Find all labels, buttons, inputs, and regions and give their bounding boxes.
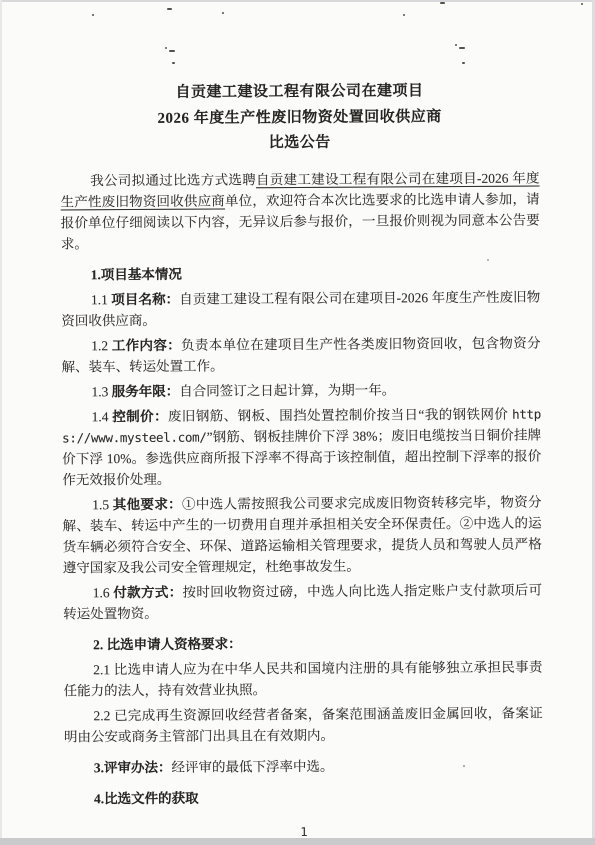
document-body: 自贡建工建设工程有限公司在建项目 2026 年度生产性废旧物资处置回收供应商 比…: [60, 79, 544, 845]
scan-speck: [487, 259, 489, 261]
scanner-edge-top: [0, 0, 595, 2]
scan-speck: [169, 50, 175, 52]
item-1-3-run: 服务年限：: [112, 383, 180, 398]
section-1-heading-run: 1.项目基本情况: [91, 266, 182, 282]
scanner-edge-left: [0, 0, 2, 845]
scan-speck: [165, 47, 167, 49]
scan-speck: [440, 2, 445, 4]
item-1-5-run: 其他要求：: [113, 496, 182, 511]
section-3-run: 经评审的最低下浮率中选。: [171, 758, 333, 774]
item-1-1-run: 1.1: [91, 292, 111, 307]
scanned-page: 自贡建工建设工程有限公司在建项目 2026 年度生产性废旧物资处置回收供应商 比…: [0, 0, 595, 845]
item-1-4-run: 废旧钢筋、钢板、围挡处置控制价按当日“我的钢铁网价: [168, 406, 512, 423]
scan-speck: [462, 62, 465, 64]
item-1-5-run: 1.5: [92, 497, 113, 512]
section-4-heading-run: 4.比选文件的获取: [94, 790, 199, 806]
doc-title-line-1: 自贡建工建设工程有限公司在建项目: [60, 79, 539, 107]
scan-speck: [463, 765, 465, 767]
section-2-heading-run: 2. 比选申请人资格要求：: [93, 636, 242, 652]
doc-title-line-2: 2026 年度生产性废旧物资处置回收供应商: [60, 104, 539, 132]
item-1-4: 1.4 控制价：废旧钢筋、钢板、围挡处置控制价按当日“我的钢铁网价 https:…: [62, 403, 542, 490]
scan-speck: [403, 14, 405, 16]
section-1-heading: 1.项目基本情况: [61, 261, 540, 285]
item-1-6: 1.6 付款方式：按时回收物资过磅，中选人向比选人指定账户支付款项后可转运处置物…: [63, 579, 542, 624]
scanner-edge-bottom: [0, 838, 595, 845]
item-2-1: 2.1 比选申请人应为在中华人民共和国境内注册的具有能够独立承担民事责任能力的法…: [63, 656, 542, 701]
scan-speck: [92, 14, 94, 16]
item-1-2-run: 工作内容：: [112, 337, 181, 352]
item-1-1: 1.1 项目名称：自贡建工建设工程有限公司在建项目-2026 年度生产性废旧物资…: [61, 286, 540, 331]
item-1-1-run: 项目名称：: [111, 291, 179, 306]
section-2-heading: 2. 比选申请人资格要求：: [63, 631, 542, 655]
section-3: 3.评审办法：经评审的最低下浮率中选。: [64, 754, 543, 778]
section-4-heading: 4.比选文件的获取: [64, 785, 543, 809]
item-1-4-run: 1.4: [92, 409, 113, 424]
document-paragraphs: 我公司拟通过比选方式选聘自贡建工建设工程有限公司在建项目-2026 年度生产性废…: [60, 167, 543, 809]
document-title: 自贡建工建设工程有限公司在建项目 2026 年度生产性废旧物资处置回收供应商 比…: [60, 79, 539, 158]
item-1-2-run: 1.2: [91, 338, 112, 353]
item-1-3-run: 自合同签订之日起计算，为期一年。: [179, 382, 395, 398]
item-1-4-run: 控制价：: [112, 408, 168, 423]
section-3-run: 3.评审办法：: [94, 759, 172, 774]
item-1-6-run: 1.6: [93, 585, 114, 600]
item-2-2: 2.2 已完成再生资源回收经营者备案，备案范围涵盖废旧金属回收，备案证明由公安或…: [64, 702, 543, 747]
scan-speck: [455, 44, 457, 46]
intro-paragraph-run: 我公司拟通过比选方式选聘: [90, 172, 256, 188]
scan-speck: [167, 8, 172, 10]
intro-paragraph: 我公司拟通过比选方式选聘自贡建工建设工程有限公司在建项目-2026 年度生产性废…: [60, 167, 540, 254]
item-1-2: 1.2 工作内容：负责本单位在建项目生产性各类废旧物资回收，包含物资分解、装车、…: [61, 332, 540, 377]
item-1-3: 1.3 服务年限：自合同签订之日起计算，为期一年。: [62, 378, 541, 402]
item-1-3-run: 1.3: [91, 384, 111, 399]
item-2-1-run: 2.1 比选申请人应为在中华人民共和国境内注册的具有能够独立承担民事责任能力的法…: [64, 659, 543, 698]
scan-speck: [581, 3, 583, 5]
scan-speck: [172, 62, 175, 64]
item-1-6-run: 付款方式：: [113, 584, 182, 599]
item-1-5: 1.5 其他要求：①中选人需按照我公司要求完成废旧物资转移完毕，物资分解、装车、…: [62, 491, 542, 578]
doc-title-line-3: 比选公告: [60, 130, 539, 158]
scan-speck: [459, 47, 465, 49]
item-2-2-run: 2.2 已完成再生资源回收经营者备案，备案范围涵盖废旧金属回收，备案证明由公安或…: [64, 705, 543, 744]
scan-speck: [222, 12, 224, 14]
